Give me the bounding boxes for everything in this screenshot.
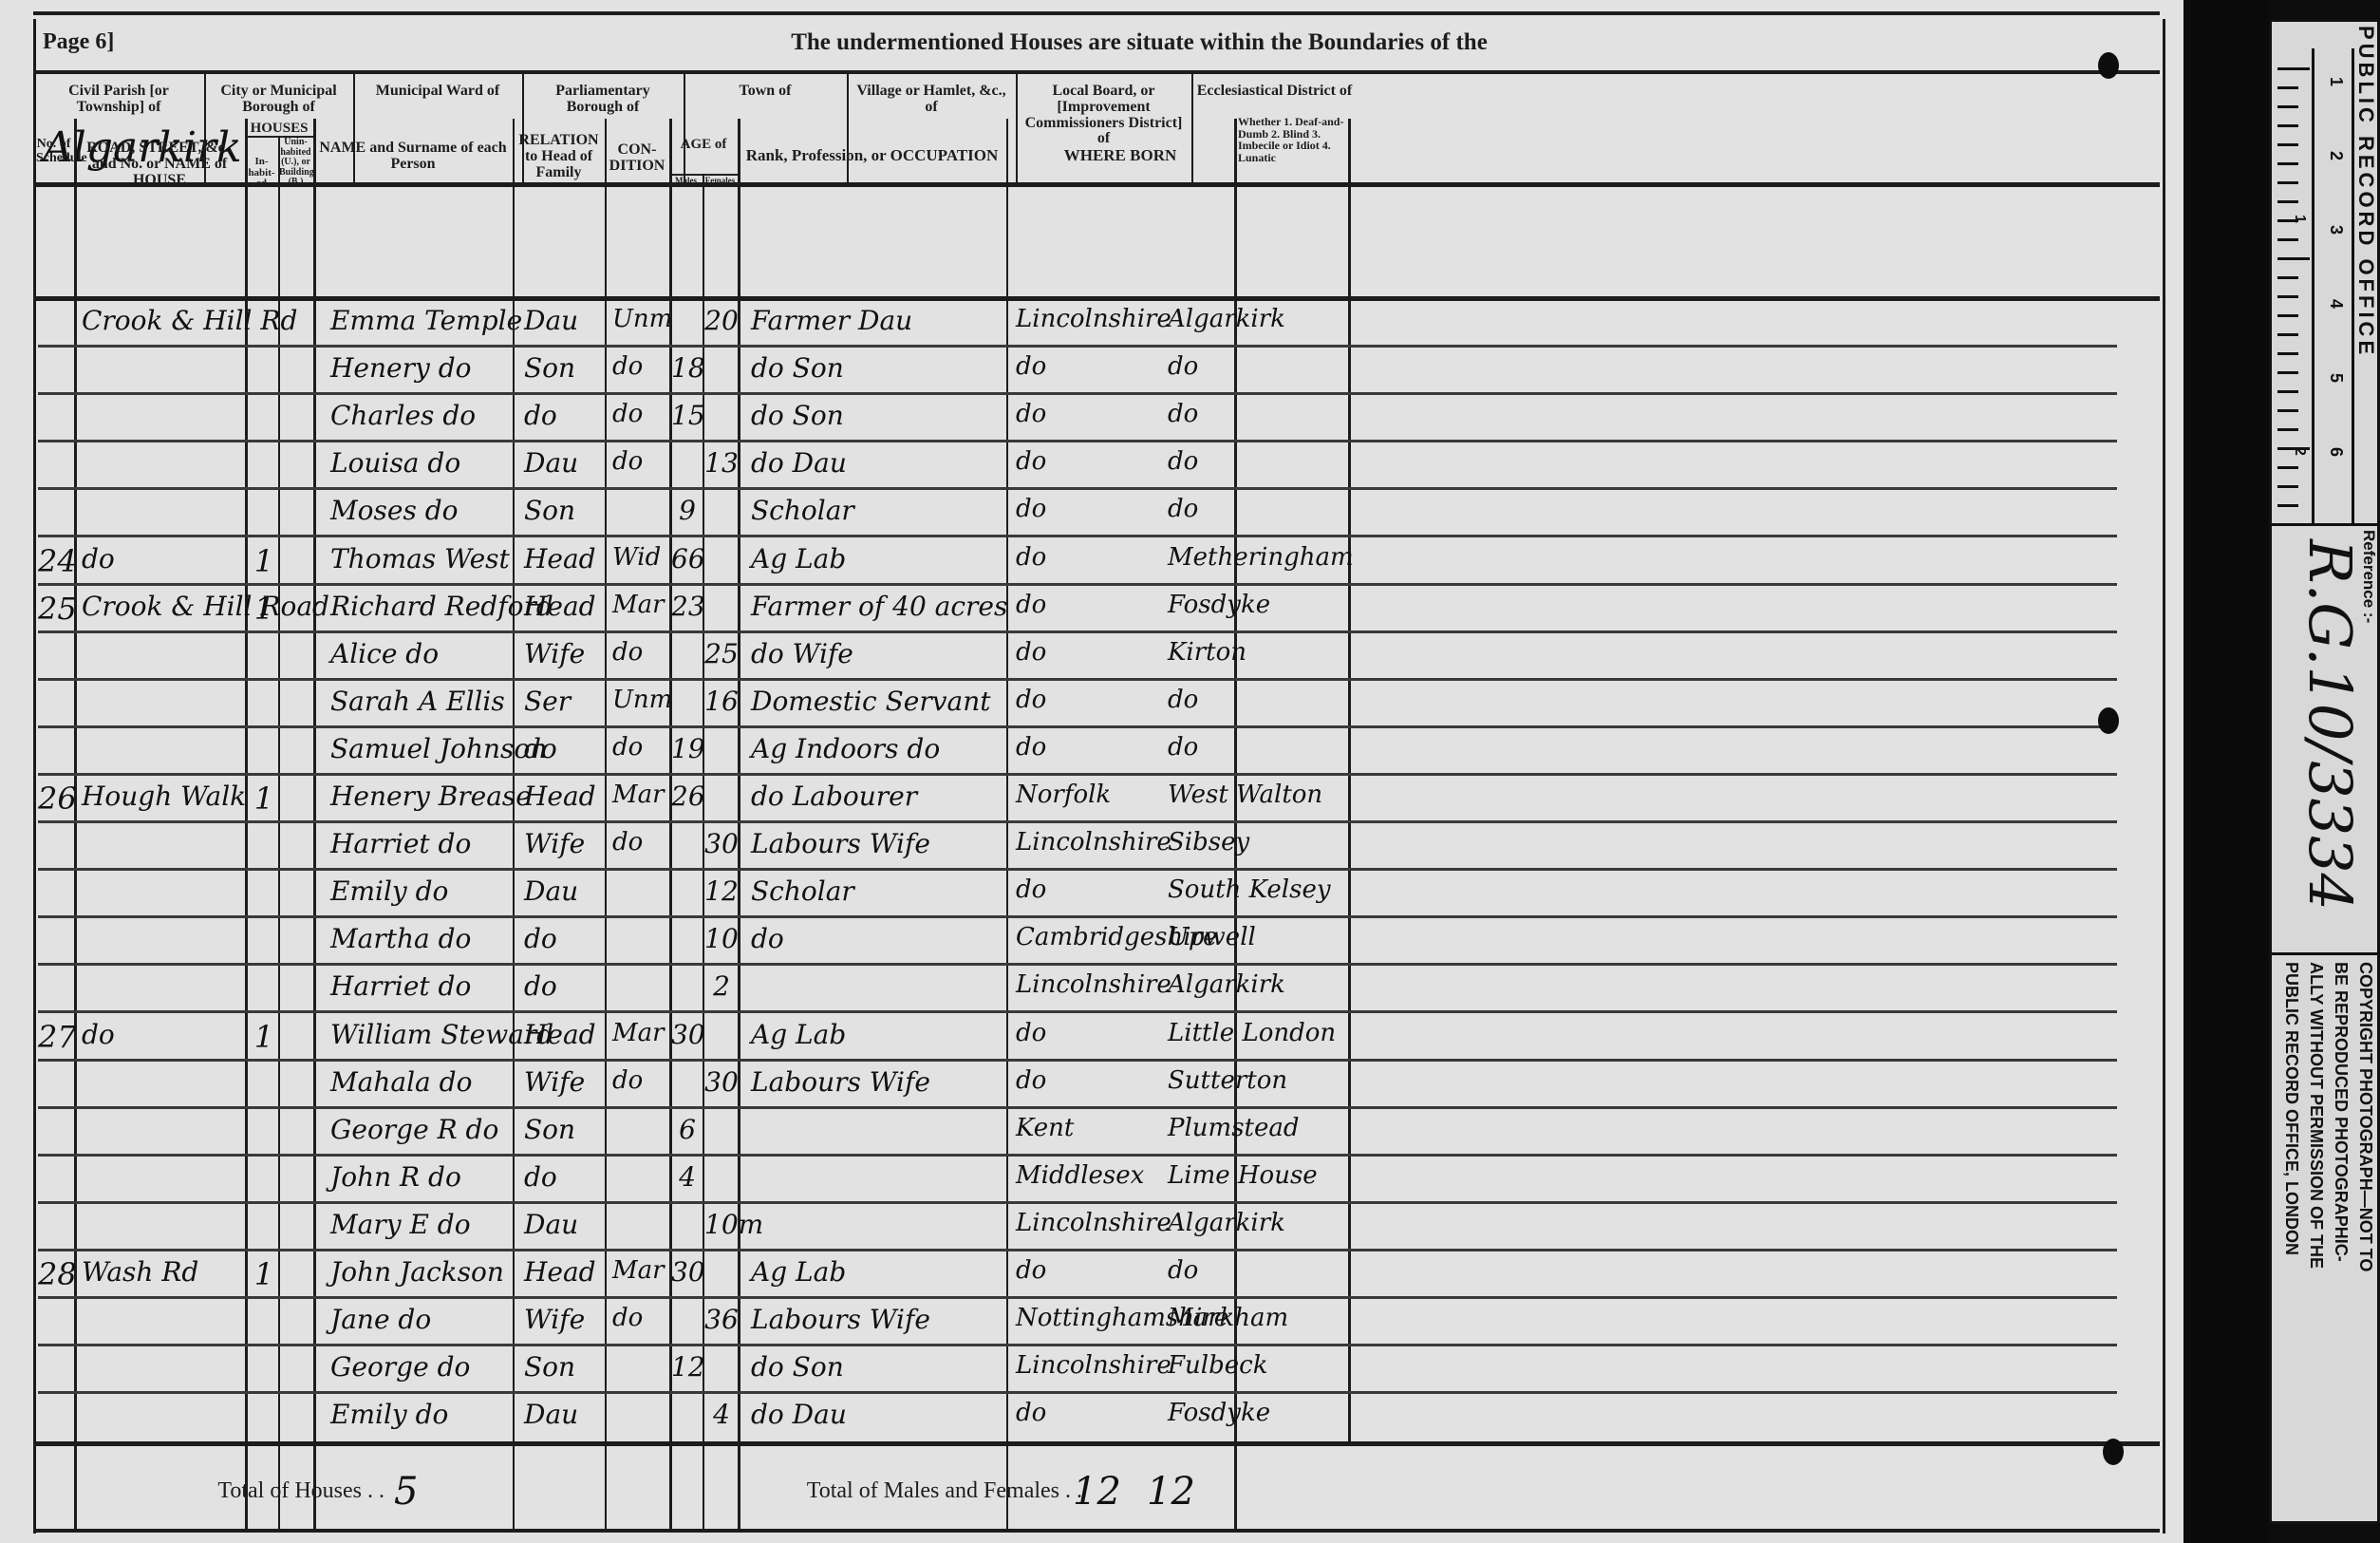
cell-road: do [82,1019,243,1050]
cell-inhabited: 1 [250,543,278,579]
cell-born_county: do [1016,495,1172,523]
cell-relation: Wife [524,1304,609,1335]
ruler-tick [2277,67,2310,70]
rule-top [33,11,2160,15]
cell-relation: Son [524,495,609,526]
boundary-label: Town of [687,84,843,100]
cell-occupation: Labours Wife [751,1304,1007,1335]
cell-born_county: Norfolk [1016,781,1172,809]
cell-born_county: do [1016,1019,1172,1047]
cell-female_age: 13 [704,447,739,479]
header-condition: CON-DITION [608,142,666,175]
boundary-label: Ecclesiastical District of [1195,84,1354,100]
row-rule [38,1249,2117,1251]
rule-bottom [33,1529,2160,1533]
cell-name: Charles do [330,400,525,431]
table-row: Emily doDau4do DaudoFosdyke [0,1395,2183,1442]
cell-born_county: Lincolnshire [1016,305,1172,333]
cell-condition: do [612,828,669,856]
cell-occupation: Farmer Dau [751,305,1007,336]
boundary-label: Local Board, or [Improvement Commissione… [1020,84,1188,147]
cell-female_age: 25 [704,638,739,669]
row-rule [38,1010,2117,1013]
cell-name: Thomas West [330,543,525,574]
cell-condition: do [612,400,669,428]
cell-born_place: South Kelsey [1168,875,1434,904]
cell-relation: Dau [524,1399,609,1430]
boundary-divider [1191,74,1193,182]
row-rule [38,820,2117,823]
table-row: Louisa doDaudo13do Daudodo [0,443,2183,491]
cell-relation: Dau [524,305,609,336]
ink-blot [2103,1439,2124,1465]
cell-born_county: Lincolnshire [1016,1209,1172,1237]
cell-relation: Head [524,781,609,812]
cell-relation: Son [524,352,609,384]
boundary-label: City or Municipal Borough of [208,84,349,116]
ink-blot [2098,52,2119,79]
total-males-value: 12 [1073,1470,1121,1514]
cell-born_county: Lincolnshire [1016,828,1172,856]
cell-male_age: 15 [671,400,703,431]
table-row: Jane doWifedo36Labours WifeNottinghamshi… [0,1300,2183,1347]
cell-schedule: 28 [38,1256,76,1292]
table-row: Alice doWifedo25do WifedoKirton [0,634,2183,682]
cell-born_place: Kirton [1168,638,1434,667]
cell-born_place: West Walton [1168,781,1434,809]
ruler-cm-label: 4 [2326,299,2346,309]
header-where_born: WHERE BORN [1009,147,1231,164]
cell-male_age: 66 [671,543,703,574]
header-inhabited: In-habit-ed [246,157,277,190]
cell-relation: Head [524,1256,609,1288]
cell-born_place: Little London [1168,1019,1434,1047]
cell-born_county: do [1016,1399,1172,1427]
cell-occupation: do Wife [751,638,1007,669]
archive-strip: 12345612 PUBLIC RECORD OFFICE Reference … [2269,19,2380,1524]
cell-relation: do [524,733,609,764]
table-row: George R doSon6KentPlumstead [0,1110,2183,1157]
header-relation: RELATION to Head of Family [515,133,602,180]
header-houses: HOUSES [245,122,313,137]
header-age: AGE of [669,138,738,153]
header-occupation: Rank, Profession, or OCCUPATION [740,147,1003,164]
cell-born_county: do [1016,1256,1172,1285]
ruler-cm-label: 2 [2326,151,2346,160]
cell-occupation: do Son [751,1351,1007,1383]
cell-road: do [82,543,243,574]
ruler-cm-label: 3 [2326,225,2346,235]
cell-relation: do [524,1161,609,1193]
strip-divider [2272,952,2379,955]
cell-female_age: 36 [704,1304,739,1335]
cell-female_age: 10 [704,923,739,954]
header-uninhabited: Unin-habited (U.), or Building (B.) [279,138,312,188]
cell-male_age: 18 [671,352,703,384]
cell-relation: do [524,970,609,1002]
cell-male_age: 9 [671,495,703,526]
cell-name: Louisa do [330,447,525,479]
cell-born_county: do [1016,591,1172,619]
cell-born_county: Lincolnshire [1016,1351,1172,1380]
cell-occupation: do [751,923,1007,954]
row-rule [38,583,2117,586]
row-rule [38,1154,2117,1157]
boundary-label: Parliamentary Borough of [526,84,680,116]
row-rule [38,1296,2117,1299]
cell-born_county: Middlesex [1016,1161,1172,1190]
ruler-tick [2277,181,2298,184]
cell-name: Emily do [330,875,525,907]
cell-occupation: Farmer of 40 acres [751,591,1007,622]
cell-female_age: 16 [704,686,739,717]
cell-occupation: do Son [751,352,1007,384]
cell-born_place: do [1168,447,1434,476]
cell-name: Jane do [330,1304,525,1335]
ruler-tick [2277,162,2298,165]
cell-road: Crook & Hill Rd [82,305,243,336]
cell-born_county: do [1016,352,1172,381]
rule-boundary-top [33,70,2160,74]
cell-occupation: Ag Indoors do [751,733,1007,764]
cell-occupation: do Son [751,400,1007,431]
ruler-tick [2277,105,2298,108]
cell-female_age: 30 [704,1066,739,1098]
cell-born_place: do [1168,686,1434,714]
table-row: Mary E doDau10mLincolnshireAlgarkirk [0,1205,2183,1252]
cell-road: Wash Rd [82,1256,243,1288]
table-row: 24do1Thomas WestHeadWid66Ag LabdoMetheri… [0,539,2183,587]
cell-born_place: Algarkirk [1168,970,1434,999]
cell-name: Emma Temple [330,305,525,336]
header-females: Females [703,177,738,185]
cell-schedule: 24 [38,543,76,579]
cell-born_county: do [1016,638,1172,667]
cell-born_place: do [1168,1256,1434,1285]
cell-male_age: 6 [671,1114,703,1145]
copyright-line: BE REPRODUCED PHOTOGRAPHIC- [2329,962,2353,1271]
cell-name: George do [330,1351,525,1383]
cell-relation: Son [524,1114,609,1145]
cell-born_county: Nottinghamshire [1016,1304,1172,1332]
film-border [2183,0,2269,1543]
ruler-tick [2277,371,2298,374]
cell-condition: Mar [612,591,669,619]
cell-name: Moses do [330,495,525,526]
cell-relation: Dau [524,875,609,907]
cell-schedule: 27 [38,1019,76,1055]
cell-born_county: do [1016,400,1172,428]
boundary-label: Village or Hamlet, &c., of [851,84,1012,116]
table-row: Crook & Hill RdEmma TempleDauUnm20Farmer… [0,301,2183,348]
cell-occupation: do Labourer [751,781,1007,812]
ruler-cm-label: 6 [2326,447,2346,457]
cell-name: Martha do [330,923,525,954]
copyright-line: COPYRIGHT PHOTOGRAPH—NOT TO [2353,962,2378,1271]
ruler-tick [2277,143,2298,146]
table-row: 26Hough Walk1Henery BreaseHeadMar26do La… [0,777,2183,824]
cell-relation: Dau [524,1209,609,1240]
cell-relation: Ser [524,686,609,717]
ruler-tick [2277,314,2298,317]
cell-occupation: do Dau [751,447,1007,479]
cell-inhabited: 1 [250,1019,278,1055]
cell-male_age: 4 [671,1161,703,1193]
cell-condition: Unm [612,305,669,333]
cell-name: Alice do [330,638,525,669]
cell-condition: do [612,1066,669,1095]
cell-relation: Wife [524,828,609,859]
row-rule [38,915,2117,918]
boundary-divider [684,74,685,182]
cell-female_age: 30 [704,828,739,859]
cell-male_age: 30 [671,1256,703,1288]
table-row: 28Wash Rd1John JacksonHeadMar30Ag Labdod… [0,1252,2183,1300]
cell-relation: Head [524,543,609,574]
header-males: Males [669,177,703,185]
row-rule [38,773,2117,776]
cell-name: Harriet do [330,828,525,859]
cell-occupation: Scholar [751,495,1007,526]
cell-born_place: do [1168,495,1434,523]
table-row: Henery doSondo18do Sondodo [0,348,2183,396]
row-rule [38,1344,2117,1346]
ruler-tick [2277,200,2298,203]
cell-born_county: do [1016,875,1172,904]
total-houses-label: Total of Houses . . [142,1479,384,1503]
cell-name: Sarah A Ellis [330,686,525,717]
cell-inhabited: 1 [250,781,278,817]
header-schedule: No. of Schedule [36,138,71,165]
cell-born_place: do [1168,733,1434,762]
cell-relation: Son [524,1351,609,1383]
cell-born_place: Sibsey [1168,828,1434,856]
table-row: 27do1William StewardHeadMar30Ag LabdoLit… [0,1015,2183,1063]
cell-female_age: 12 [704,875,739,907]
row-rule [38,1201,2117,1204]
cell-born_place: Fosdyke [1168,1399,1434,1427]
cell-relation: Head [524,1019,609,1050]
cell-relation: Wife [524,1066,609,1098]
cell-born_county: do [1016,447,1172,476]
boundary-label: Municipal Ward of [357,84,518,100]
cell-relation: do [524,400,609,431]
cell-road: Crook & Hill Road [82,591,243,622]
copyright-line: PUBLIC RECORD OFFICE, LONDON [2279,962,2304,1271]
table-row: Harriet doWifedo30Labours WifeLincolnshi… [0,824,2183,872]
row-rule [38,392,2117,395]
cell-relation: do [524,923,609,954]
table-row: George doSon12do SonLincolnshireFulbeck [0,1347,2183,1395]
row-rule [38,630,2117,633]
cell-born_place: Upwell [1168,923,1434,951]
ruler-inch-label: 2 [2291,447,2308,456]
header-title: The undermentioned Houses are situate wi… [570,30,1709,55]
cell-name: John R do [330,1161,525,1193]
cell-name: William Steward [330,1019,525,1050]
row-rule [38,1391,2117,1394]
table-row: Emily doDau12ScholardoSouth Kelsey [0,872,2183,919]
cell-name: Mahala do [330,1066,525,1098]
cell-born_place: Sutterton [1168,1066,1434,1095]
cell-relation: Wife [524,638,609,669]
ruler-tick [2277,124,2298,127]
cell-name: Emily do [330,1399,525,1430]
ruler-tick [2277,390,2298,393]
cell-occupation: Ag Lab [751,1019,1007,1050]
ruler-tick [2277,428,2298,431]
cell-born_place: Fulbeck [1168,1351,1434,1380]
cell-name: Henery Brease [330,781,525,812]
cell-born_place: Fosdyke [1168,591,1434,619]
ruler-tick [2277,238,2298,241]
cell-condition: do [612,1304,669,1332]
copyright-line: ALLY WITHOUT PERMISSION OF THE [2304,962,2329,1271]
cell-condition: Wid [612,543,669,572]
cell-male_age: 12 [671,1351,703,1383]
ruler-tick [2277,257,2310,260]
cell-female_age: 20 [704,305,739,336]
ruler-tick [2277,276,2298,279]
cell-schedule: 25 [38,591,76,627]
rule-body-bottom [33,1441,2160,1446]
cell-condition: Mar [612,1019,669,1047]
boundary-divider [847,74,849,182]
cell-inhabited: 1 [250,591,278,627]
cell-condition: do [612,352,669,381]
boundary-label: Civil Parish [or Township] of [37,84,200,116]
table-row: Moses doSon9Scholardodo [0,491,2183,538]
cell-occupation: Ag Lab [751,1256,1007,1288]
cell-name: Harriet do [330,970,525,1002]
cell-born_county: do [1016,733,1172,762]
cell-born_place: Metheringham [1168,543,1434,572]
cell-occupation: Ag Lab [751,543,1007,574]
ruler-cm-label: 5 [2326,373,2346,383]
rule-boundary-bottom [33,182,2160,187]
row-rule [38,678,2117,681]
table-row: John R dodo4MiddlesexLime House [0,1157,2183,1205]
reference-value: R.G.10/3334 [2296,539,2365,911]
cell-inhabited: 1 [250,1256,278,1292]
header-disability: Whether 1. Deaf-and-Dumb 2. Blind 3. Imb… [1238,116,1344,163]
ruler-tick [2277,295,2298,298]
cell-male_age: 23 [671,591,703,622]
header-name: NAME and Surname of each Person [316,141,510,173]
cell-condition: do [612,638,669,667]
ruler-tick [2277,485,2298,488]
cell-occupation: Domestic Servant [751,686,1007,717]
cell-condition: Mar [612,781,669,809]
ruler-tick [2277,333,2298,336]
cell-relation: Dau [524,447,609,479]
ruler-tick [2277,409,2298,412]
cell-male_age: 19 [671,733,703,764]
table-row: Mahala doWifedo30Labours WifedoSutterton [0,1063,2183,1110]
ruler-cm-label: 1 [2326,77,2346,86]
row-rule [38,535,2117,537]
table-row: 25Crook & Hill Road1Richard RedfordHeadM… [0,587,2183,634]
ruler-tick [2277,466,2298,469]
cell-born_county: Cambridgeshire [1016,923,1172,951]
cell-relation: Head [524,591,609,622]
cell-born_county: Kent [1016,1114,1172,1142]
table-row: Samuel Johnsondodo19Ag Indoors dododo [0,729,2183,777]
cell-female_age: 10m [704,1209,739,1240]
cell-born_county: do [1016,686,1172,714]
cell-condition: do [612,733,669,762]
office-header: PUBLIC RECORD OFFICE [2353,26,2378,358]
table-row: Harriet dodo2LincolnshireAlgarkirk [0,967,2183,1014]
cell-female_age: 4 [704,1399,739,1430]
cell-name: Henery do [330,352,525,384]
cell-condition: Mar [612,1256,669,1285]
cell-born_place: Lime House [1168,1161,1434,1190]
ink-blot [2098,707,2119,734]
ruler-tick [2277,352,2298,355]
row-rule [38,725,2117,728]
cell-born_place: Markham [1168,1304,1434,1332]
row-rule [38,1059,2117,1062]
ruler-inch-label: 1 [2291,215,2308,223]
row-rule [38,440,2117,442]
cell-female_age: 2 [704,970,739,1002]
copyright-notice: COPYRIGHT PHOTOGRAPH—NOT TO BE REPRODUCE… [2279,962,2378,1271]
cell-name: John Jackson [330,1256,525,1288]
cell-born_county: do [1016,543,1172,572]
cell-born_county: Lincolnshire [1016,970,1172,999]
cell-schedule: 26 [38,781,76,817]
cell-male_age: 30 [671,1019,703,1050]
cell-name: George R do [330,1114,525,1145]
cell-born_place: do [1168,400,1434,428]
cell-road: Hough Walk [82,781,243,812]
boundary-divider [1016,74,1018,182]
cell-occupation: Labours Wife [751,828,1007,859]
total-persons-label: Total of Males and Females . . [665,1479,1082,1503]
total-females-value: 12 [1147,1470,1195,1514]
row-rule [38,345,2117,348]
cell-name: Richard Redford [330,591,525,622]
row-rule [38,963,2117,966]
table-row: Charles dododo15do Sondodo [0,396,2183,443]
cell-name: Mary E do [330,1209,525,1240]
cell-born_place: Algarkirk [1168,305,1434,333]
row-rule [38,1106,2117,1109]
cell-born_county: do [1016,1066,1172,1095]
cell-born_place: Plumstead [1168,1114,1434,1142]
table-row: Sarah A EllisSerUnm16Domestic Servantdod… [0,682,2183,729]
ruler-tick [2277,504,2298,507]
cell-born_place: do [1168,352,1434,381]
header-road: ROAD, STREET, &c., and No. or NAME of HO… [77,141,242,188]
census-page: Page 6] The undermentioned Houses are si… [0,0,2183,1543]
cell-condition: do [612,447,669,476]
cell-name: Samuel Johnson [330,733,525,764]
cell-occupation: Scholar [751,875,1007,907]
cell-occupation: do Dau [751,1399,1007,1430]
cell-occupation: Labours Wife [751,1066,1007,1098]
page-label: Page 6] [43,30,114,54]
row-rule [38,487,2117,490]
cell-male_age: 26 [671,781,703,812]
total-houses-value: 5 [394,1470,418,1514]
row-rule [38,868,2117,871]
cell-condition: Unm [612,686,669,714]
cell-born_place: Algarkirk [1168,1209,1434,1237]
table-row: Martha dodo10doCambridgeshireUpwell [0,919,2183,967]
ruler-tick [2277,86,2298,89]
